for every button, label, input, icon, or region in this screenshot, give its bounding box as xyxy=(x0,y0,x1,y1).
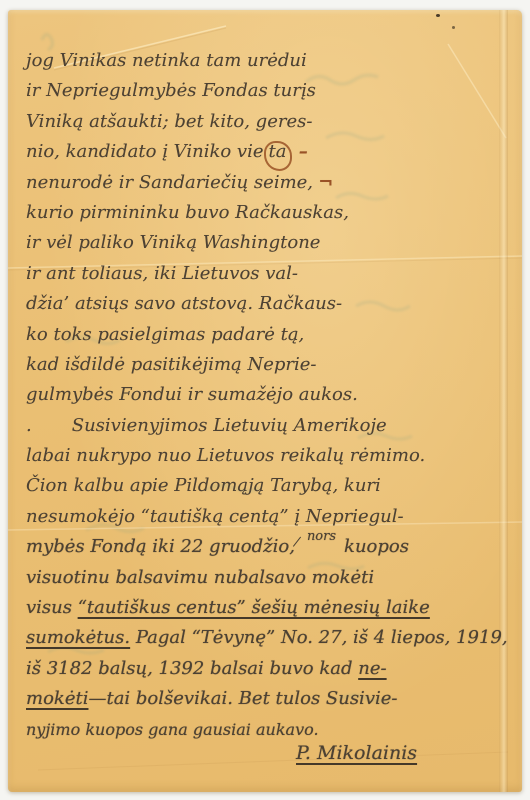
scan-background: jog Vinikas netinka tam urėduiir Neprieg… xyxy=(0,0,530,800)
text-segment: Susivienyjimos Lietuvių Amerikoje xyxy=(72,415,387,436)
handwritten-line: kad išdildė pasitikėjimą Neprie- xyxy=(26,350,512,380)
handwritten-line: mokėti—tai bolševikai. Bet tulos Susivie… xyxy=(26,684,512,714)
text-segment: mokėti xyxy=(26,688,88,709)
text-segment: nesumokėjo “tautišką centą” į Nepriegul- xyxy=(26,506,404,527)
text-segment: nyjimo kuopos gana gausiai aukavo. xyxy=(26,720,319,739)
handwritten-line: Čion kalbu apie Pildomąją Tarybą, kuri xyxy=(26,471,512,501)
text-segment: nenurodė ir Sandariečių seime, xyxy=(26,172,313,193)
text-segment: Čion kalbu apie Pildomąją Tarybą, kuri xyxy=(26,475,381,496)
text-segment: Viniką atšaukti; bet kito, geres- xyxy=(26,111,312,132)
handwritten-line: nenurodė ir Sandariečių seime, ¬ xyxy=(26,168,512,198)
handwritten-line: džia’ atsiųs savo atstovą. Račkaus- xyxy=(26,289,512,319)
handwritten-line: labai nukrypo nuo Lietuvos reikalų rėmim… xyxy=(26,441,512,471)
text-segment: nio, kandidato į Viniko vie xyxy=(26,141,264,162)
text-segment: ir vėl paliko Viniką Washingtone xyxy=(26,232,320,253)
text-segment: ir ant toliaus, iki Lietuvos val- xyxy=(26,263,298,284)
handwritten-line: gulmybės Fondui ir sumažėjo aukos. xyxy=(26,380,512,410)
handwritten-line: iš 3182 balsų, 1392 balsai buvo kad ne- xyxy=(26,654,512,684)
text-segment: —tai bolševikai. Bet tulos Susivie- xyxy=(88,688,397,709)
text-segment: kuopos xyxy=(344,536,409,557)
red-correction-mark: ¬ xyxy=(313,172,332,193)
letter-lines: jog Vinikas netinka tam urėduiir Neprieg… xyxy=(8,10,522,792)
text-segment: džia’ atsiųs savo atstovą. Račkaus- xyxy=(26,293,342,314)
text-segment: visuotinu balsavimu nubalsavo mokėti xyxy=(26,567,374,588)
text-segment: ne- xyxy=(358,658,386,679)
text-segment: ir Nepriegulmybės Fondas turįs xyxy=(26,80,316,101)
letter-paper: jog Vinikas netinka tam urėduiir Neprieg… xyxy=(8,10,522,792)
handwritten-line: visuotinu balsavimu nubalsavo mokėti xyxy=(26,563,512,593)
text-segment: sumokėtus. xyxy=(26,627,130,648)
text-segment: ko toks pasielgimas padarė tą, xyxy=(26,324,304,345)
handwritten-line: mybės Fondą iki 22 gruodžio,norskuopos xyxy=(26,532,512,562)
text-segment: “tautiškus centus” šešių mėnesių laike xyxy=(78,597,430,618)
text-segment: labai nukrypo nuo Lietuvos reikalų rėmim… xyxy=(26,445,425,466)
handwritten-line: sumokėtus. Pagal “Tėvynę” No. 27, iš 4 l… xyxy=(26,623,512,653)
handwritten-line: .Susivienyjimos Lietuvių Amerikoje xyxy=(26,411,512,441)
text-segment: . xyxy=(26,415,32,436)
text-segment: visus xyxy=(26,597,78,618)
handwritten-line: jog Vinikas netinka tam urėdui xyxy=(26,46,512,76)
circled-correction: ta xyxy=(264,141,293,171)
handwritten-line: kurio pirmininku buvo Račkauskas, xyxy=(26,198,512,228)
text-segment: mybės Fondą iki 22 gruodžio, xyxy=(26,536,295,557)
handwritten-line: ir vėl paliko Viniką Washingtone xyxy=(26,228,512,258)
handwritten-line: nio, kandidato į Viniko vieta – xyxy=(26,137,512,167)
text-segment: jog Vinikas netinka tam urėdui xyxy=(26,50,307,71)
text-segment: P. Mikolainis xyxy=(296,742,417,764)
handwritten-line: Viniką atšaukti; bet kito, geres- xyxy=(26,107,512,137)
text-segment: gulmybės Fondui ir sumažėjo aukos. xyxy=(26,384,358,405)
handwritten-line: nesumokėjo “tautišką centą” į Nepriegul- xyxy=(26,502,512,532)
handwritten-line: ir Nepriegulmybės Fondas turįs xyxy=(26,76,512,106)
handwritten-line: visus “tautiškus centus” šešių mėnesių l… xyxy=(26,593,512,623)
inserted-word: nors xyxy=(307,530,336,543)
handwritten-line: ko toks pasielgimas padarė tą, xyxy=(26,320,512,350)
text-segment: kad išdildė pasitikėjimą Neprie- xyxy=(26,354,317,375)
red-correction-mark: – xyxy=(293,141,306,162)
text-segment: kurio pirmininku buvo Račkauskas, xyxy=(26,202,349,223)
text-segment: iš 3182 balsų, 1392 balsai buvo kad xyxy=(26,658,358,679)
text-segment: Pagal “Tėvynę” No. 27, iš 4 liepos, 1919… xyxy=(130,627,508,648)
handwritten-line: ir ant toliaus, iki Lietuvos val- xyxy=(26,259,512,289)
